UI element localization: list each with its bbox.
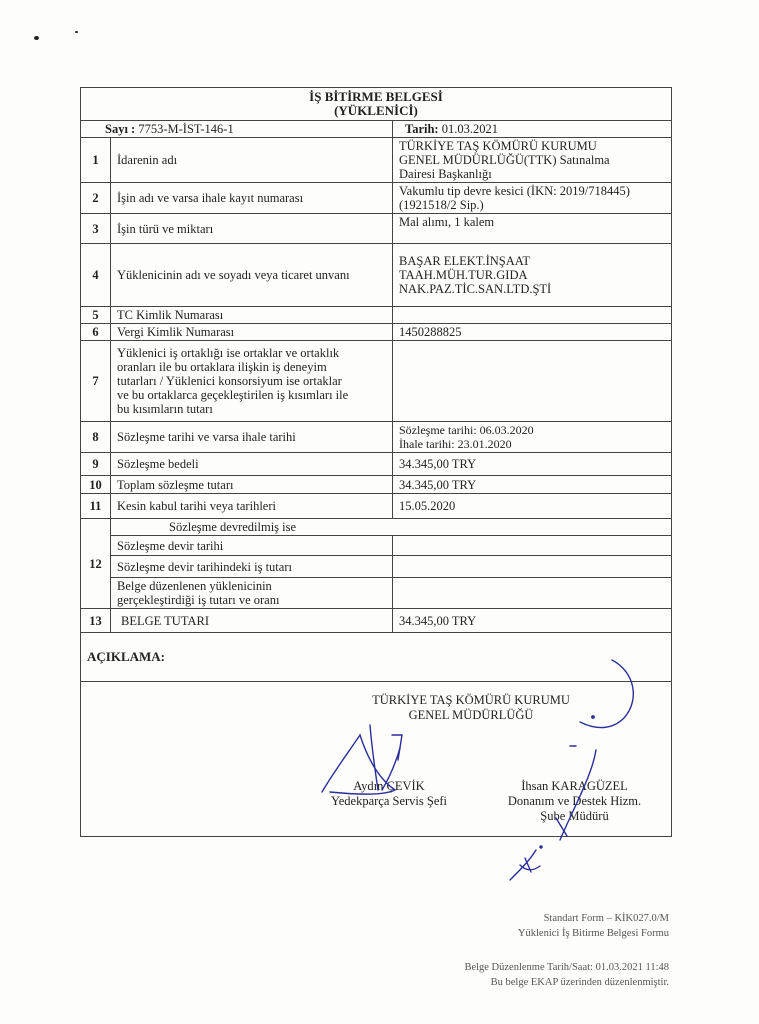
title-row: İŞ BİTİRME BELGESİ (YÜKLENİCİ): [81, 88, 672, 121]
sayi-value: 7753-M-İST-146-1: [138, 122, 233, 136]
row-number: 8: [81, 422, 111, 453]
label-line: oranları ile bu ortaklara ilişkin iş den…: [117, 360, 386, 374]
signatory-title: Yedekparça Servis Şefi: [319, 794, 459, 809]
tarih-label: Tarih:: [405, 122, 439, 136]
table-row: 8Sözleşme tarihi ve varsa ihale tarihiSö…: [81, 422, 672, 453]
table-row-12-header: 12 Sözleşme devredilmiş ise: [81, 519, 672, 536]
table-row: 3İşin türü ve miktarıMal alımı, 1 kalem: [81, 214, 672, 244]
value-line: 1450288825: [399, 325, 665, 339]
table-row-12-sub: Belge düzenlenen yüklenicinin gerçekleşt…: [81, 578, 672, 609]
row-number: 1: [81, 138, 111, 183]
row-value: Vakumlu tip devre kesici (İKN: 2019/7184…: [393, 183, 672, 214]
form-name: Yüklenici İş Bitirme Belgesi Formu: [518, 926, 669, 941]
sayi-cell: Sayı : 7753-M-İST-146-1: [81, 121, 393, 138]
value-line: 34.345,00 TRY: [399, 478, 665, 492]
row-value: 34.345,00 TRY: [393, 476, 672, 494]
label-line: gerçekleştirdiği iş tutarı ve oranı: [117, 593, 386, 607]
value-line: TAAH.MÜH.TUR.GIDA: [399, 268, 665, 282]
row-label: İşin adı ve varsa ihale kayıt numarası: [111, 183, 393, 214]
label-line: ve bu ortaklarca geçekleştirilen iş kısı…: [117, 388, 386, 402]
aciklama-label: AÇIKLAMA:: [81, 633, 672, 682]
aciklama-row: AÇIKLAMA:: [81, 633, 672, 682]
title-text: İŞ BİTİRME BELGESİ: [87, 90, 665, 104]
row-label: Sözleşme tarihi ve varsa ihale tarihi: [111, 422, 393, 453]
row-value: [393, 536, 672, 556]
row-value: TÜRKİYE TAŞ KÖMÜRÜ KURUMUGENEL MÜDÜRLÜĞÜ…: [393, 138, 672, 183]
row-number: 3: [81, 214, 111, 244]
row-value: [393, 341, 672, 422]
table-row: 2İşin adı ve varsa ihale kayıt numarasıV…: [81, 183, 672, 214]
value-line: 34.345,00 TRY: [399, 457, 665, 471]
row-label: Belge düzenlenen yüklenicinin gerçekleşt…: [111, 578, 393, 609]
row-value: 1450288825: [393, 324, 672, 341]
table-row: 5TC Kimlik Numarası: [81, 307, 672, 324]
document-title: İŞ BİTİRME BELGESİ (YÜKLENİCİ): [81, 88, 672, 121]
scan-speck: [75, 31, 78, 33]
row-value: [393, 578, 672, 609]
org-line: TÜRKİYE TAŞ KÖMÜRÜ KURUMU: [351, 693, 591, 708]
row-label: Sözleşme devir tarihindeki iş tutarı: [111, 556, 393, 578]
label-line: bu kısımların tutarı: [117, 402, 386, 416]
table-row: 4Yüklenicinin adı ve soyadı veya ticaret…: [81, 244, 672, 307]
belge-tutari-value: 34.345,00 TRY: [393, 609, 672, 633]
value-line: Vakumlu tip devre kesici (İKN: 2019/7184…: [399, 184, 665, 198]
signatory-2: İhsan KARAGÜZEL Donanım ve Destek Hizm. …: [492, 779, 657, 824]
value-line: Mal alımı, 1 kalem: [399, 215, 665, 229]
form-code-block: Standart Form – KİK027.0/M Yüklenici İş …: [518, 911, 669, 941]
row-label: BELGE TUTARI: [111, 609, 393, 633]
signature-row: TÜRKİYE TAŞ KÖMÜRÜ KURUMU GENEL MÜDÜRLÜĞ…: [81, 682, 672, 837]
table-row: 11Kesin kabul tarihi veya tarihleri15.05…: [81, 494, 672, 519]
row-value: BAŞAR ELEKT.İNŞAATTAAH.MÜH.TUR.GIDANAK.P…: [393, 244, 672, 307]
row-number: 2: [81, 183, 111, 214]
value-line: BAŞAR ELEKT.İNŞAAT: [399, 254, 665, 268]
ekap-note: Bu belge EKAP üzerinden düzenlenmiştir.: [464, 975, 669, 990]
row-label: Yüklenici iş ortaklığı ise ortaklar ve o…: [111, 341, 393, 422]
row-number: 7: [81, 341, 111, 422]
table-row: 1İdarenin adıTÜRKİYE TAŞ KÖMÜRÜ KURUMUGE…: [81, 138, 672, 183]
value-line: Sözleşme tarihi: 06.03.2020: [399, 423, 665, 437]
label-line: tutarları / Yüklenici konsorsiyum ise or…: [117, 374, 386, 388]
table-row: 7Yüklenici iş ortaklığı ise ortaklar ve …: [81, 341, 672, 422]
label-line: Belge düzenlenen yüklenicinin: [117, 579, 386, 593]
tarih-cell: Tarih: 01.03.2021: [393, 121, 672, 138]
value-line: (1921518/2 Sip.): [399, 198, 665, 212]
table-row-12-sub: Sözleşme devir tarihi: [81, 536, 672, 556]
value-line: 15.05.2020: [399, 499, 665, 513]
value-line: Dairesi Başkanlığı: [399, 167, 665, 181]
value-line: İhale tarihi: 23.01.2020: [399, 437, 665, 451]
row-value: Mal alımı, 1 kalem: [393, 214, 672, 244]
row-label: Toplam sözleşme tutarı: [111, 476, 393, 494]
value-line: NAK.PAZ.TİC.SAN.LTD.ŞTİ: [399, 282, 665, 296]
row-label: Vergi Kimlik Numarası: [111, 324, 393, 341]
row-label: Yüklenicinin adı ve soyadı veya ticaret …: [111, 244, 393, 307]
table-row: 6Vergi Kimlik Numarası1450288825: [81, 324, 672, 341]
signatory-title: Donanım ve Destek Hizm.: [492, 794, 657, 809]
row-value: 34.345,00 TRY: [393, 453, 672, 476]
row-value: Sözleşme tarihi: 06.03.2020İhale tarihi:…: [393, 422, 672, 453]
signatory-name: İhsan KARAGÜZEL: [492, 779, 657, 794]
row-number: 4: [81, 244, 111, 307]
signatory-title: Şube Müdürü: [492, 809, 657, 824]
row-label: Sözleşme bedeli: [111, 453, 393, 476]
issued-at: Belge Düzenlenme Tarih/Saat: 01.03.2021 …: [464, 960, 669, 975]
row-number: 12: [81, 519, 111, 609]
value-line: GENEL MÜDÜRLÜĞÜ(TTK) Satınalma: [399, 153, 665, 167]
row12-header: Sözleşme devredilmiş ise: [111, 519, 672, 536]
value-line: TÜRKİYE TAŞ KÖMÜRÜ KURUMU: [399, 139, 665, 153]
table-row: 10Toplam sözleşme tutarı34.345,00 TRY: [81, 476, 672, 494]
issue-info-block: Belge Düzenlenme Tarih/Saat: 01.03.2021 …: [464, 960, 669, 990]
signatory-1: Aydın ÇEVİK Yedekparça Servis Şefi: [319, 779, 459, 809]
row-value: [393, 307, 672, 324]
row-label: İdarenin adı: [111, 138, 393, 183]
row-value: [393, 556, 672, 578]
form-code: Standart Form – KİK027.0/M: [518, 911, 669, 926]
row-number: 9: [81, 453, 111, 476]
table-row-13: 13 BELGE TUTARI 34.345,00 TRY: [81, 609, 672, 633]
subtitle-text: (YÜKLENİCİ): [87, 104, 665, 118]
label-line: Yüklenici iş ortaklığı ise ortaklar ve o…: [117, 346, 386, 360]
row-number: 6: [81, 324, 111, 341]
row-value: 15.05.2020: [393, 494, 672, 519]
scan-speck: [34, 36, 39, 40]
row-number: 5: [81, 307, 111, 324]
row-label: TC Kimlik Numarası: [111, 307, 393, 324]
table-row: 9Sözleşme bedeli34.345,00 TRY: [81, 453, 672, 476]
row-label: Kesin kabul tarihi veya tarihleri: [111, 494, 393, 519]
row-number: 10: [81, 476, 111, 494]
is-bitirme-belgesi-table: İŞ BİTİRME BELGESİ (YÜKLENİCİ) Sayı : 77…: [80, 87, 672, 837]
tarih-value: 01.03.2021: [442, 122, 498, 136]
table-row-12-sub: Sözleşme devir tarihindeki iş tutarı: [81, 556, 672, 578]
header-row: Sayı : 7753-M-İST-146-1 Tarih: 01.03.202…: [81, 121, 672, 138]
org-line: GENEL MÜDÜRLÜĞÜ: [351, 708, 591, 723]
row-label: İşin türü ve miktarı: [111, 214, 393, 244]
organization-block: TÜRKİYE TAŞ KÖMÜRÜ KURUMU GENEL MÜDÜRLÜĞ…: [351, 693, 591, 723]
signature-cell: TÜRKİYE TAŞ KÖMÜRÜ KURUMU GENEL MÜDÜRLÜĞ…: [81, 682, 672, 837]
row-number: 13: [81, 609, 111, 633]
row-number: 11: [81, 494, 111, 519]
sayi-label: Sayı :: [105, 122, 135, 136]
row-label: Sözleşme devir tarihi: [111, 536, 393, 556]
signature-area: TÜRKİYE TAŞ KÖMÜRÜ KURUMU GENEL MÜDÜRLÜĞ…: [87, 683, 665, 835]
signatory-name: Aydın ÇEVİK: [319, 779, 459, 794]
